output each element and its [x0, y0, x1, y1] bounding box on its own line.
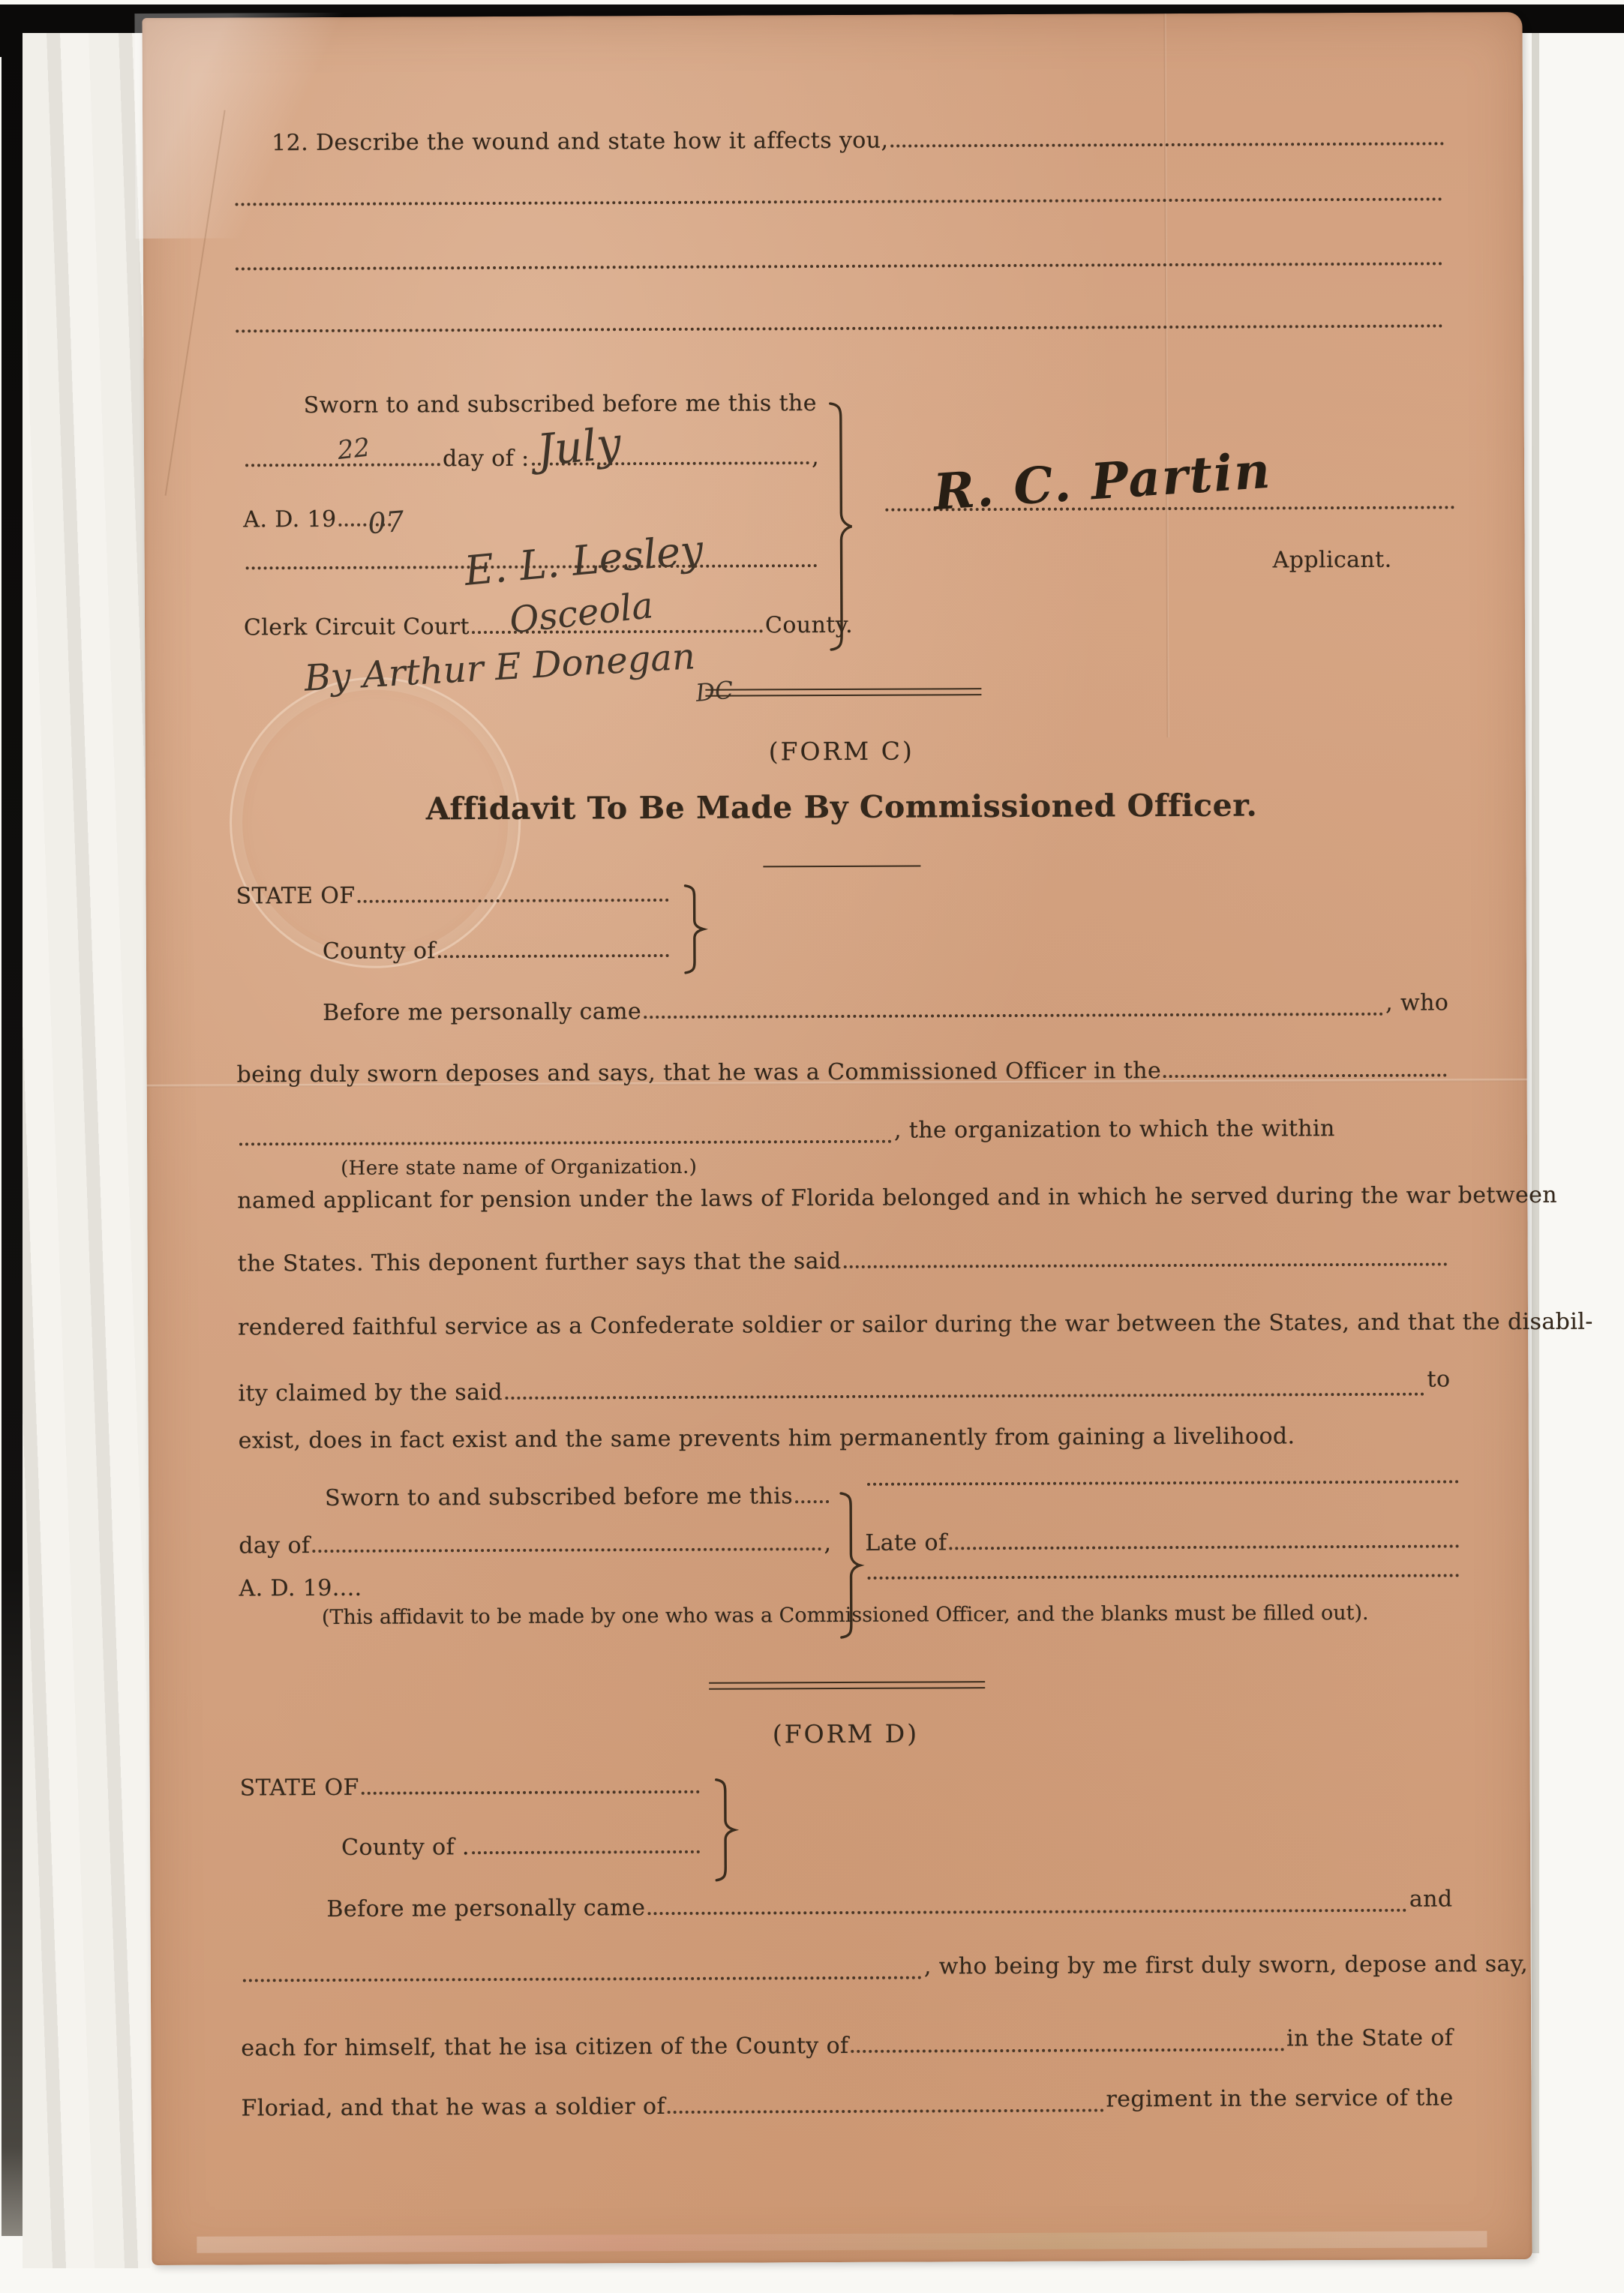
county-blank: [472, 1850, 700, 1854]
jurat-day-row: day of : ,: [243, 444, 819, 473]
ad-19-label: A. D. 19: [243, 506, 336, 533]
and-word: and: [1409, 1886, 1453, 1912]
name-blank: [644, 1013, 1383, 1019]
form-c-county-row: County of: [323, 937, 671, 965]
form-c-ad2: A. D. 19....: [239, 1575, 362, 1602]
name-blank: [647, 1909, 1407, 1915]
state-blank: [362, 1790, 700, 1795]
sworn-day-blank: [795, 1500, 829, 1503]
answer-row: [233, 262, 1445, 276]
handwritten-month: July: [535, 418, 623, 476]
county-of-label: County of .: [341, 1834, 470, 1861]
late-of-blank: [950, 1544, 1460, 1550]
name-blank: [867, 1480, 1459, 1485]
county-blank: [851, 2048, 1285, 2053]
section-divider-rule: [705, 688, 981, 697]
said-line: the States. This deponent further says t…: [238, 1248, 842, 1277]
regiment-blank: [668, 2108, 1104, 2114]
organization-blank: [1163, 1073, 1447, 1078]
before-came-label: Before me personally came: [323, 998, 641, 1026]
ity-line: ity claimed by the said: [238, 1379, 503, 1407]
jurat-year-row: A. D. 19: [243, 506, 438, 533]
form-c-before-row: Before me personally came , who: [323, 995, 1448, 1026]
handwritten-day: 22: [336, 433, 371, 466]
form-c-said-row: the States. This deponent further says t…: [238, 1245, 1450, 1277]
form-d-who-row: , who being by me first duly sworn, depo…: [241, 1956, 1453, 1988]
soldier-line: Floriad, and that he was a soldier of: [242, 2093, 666, 2121]
plastic-sleeve-right-edge: [1532, 33, 1539, 2253]
form-d-before-row: Before me personally came and: [326, 1891, 1452, 1922]
late-of-label: Late of: [865, 1529, 947, 1556]
form-d-citizen-row: each for himself, that he isa citizen of…: [241, 2030, 1453, 2061]
comma2: ,: [824, 1530, 831, 1556]
jurat-sworn-line: Sworn to and subscribed before me this t…: [304, 390, 817, 419]
organization-blank: [239, 1140, 892, 1146]
clerk-label: Clerk Circuit Court: [244, 614, 470, 641]
form-c-sworn-row: Sworn to and subscribed before me this: [325, 1483, 831, 1511]
form-c-tag: (FORM C): [236, 734, 1448, 768]
officer-line: being duly sworn deposes and says, that …: [237, 1058, 1162, 1088]
state-of-label: STATE OF: [236, 883, 356, 910]
before-came-label: Before me personally came: [326, 1895, 645, 1922]
notary-signature-blank: [246, 564, 818, 569]
disability-blank: [505, 1393, 1424, 1400]
plastic-sleeve-left: [23, 33, 150, 2268]
county-of-label: County of: [323, 938, 436, 965]
name-blank: [243, 1976, 922, 1982]
comma: ,: [812, 444, 819, 470]
question-12-row: 12. Describe the wound and state how it …: [272, 125, 1446, 156]
soldier-name-blank: [844, 1262, 1448, 1268]
sworn2-label: Sworn to and subscribed before me this: [325, 1483, 793, 1511]
organization-note: (Here state name of Organization.): [341, 1156, 697, 1180]
county-blank: [438, 954, 669, 958]
form-d-tag: (FORM D): [239, 1716, 1451, 1751]
form-d-state-row: STATE OF: [240, 1773, 702, 1802]
form-c-state-brace: [680, 883, 711, 976]
answer-blank-line: [236, 324, 1443, 332]
command-blank: [868, 1574, 1460, 1579]
command-blank-row: [866, 1574, 1462, 1585]
handwritten-deputy-clerk: By Arthur E Donegan: [303, 635, 696, 699]
who-line: , who being by me first duly sworn, depo…: [924, 1951, 1528, 1980]
scan-border-left: [2, 5, 23, 2236]
form-c-rendered-line: rendered faithful service as a Confedera…: [238, 1309, 1593, 1341]
sleeve-sheen-bottom: [197, 2231, 1487, 2253]
state-tail: in the State of: [1286, 2024, 1453, 2051]
answer-row: [233, 324, 1445, 338]
section-divider-rule: [709, 1681, 985, 1690]
form-c-title: Affidavit To Be Made By Commissioned Off…: [236, 786, 1448, 827]
who-tail: , who: [1385, 989, 1448, 1016]
form-c-organization-row: , the organization to which the within: [237, 1120, 1449, 1151]
organization-tail: , the organization to which the within: [894, 1115, 1335, 1144]
handwritten-notary-signature: E. L. Lesley: [462, 526, 705, 595]
scanned-pension-form-page: 12. Describe the wound and state how it …: [0, 0, 1624, 2293]
form-d-soldier-row: Floriad, and that he was a soldier of re…: [242, 2090, 1454, 2121]
answer-blank-line: [890, 142, 1444, 147]
month-blank: [313, 1547, 822, 1553]
applicant-label: Applicant.: [1273, 547, 1392, 574]
day-of-label: day of :: [443, 446, 530, 473]
question-12-label: 12. Describe the wound and state how it …: [272, 128, 888, 157]
late-of-row: Late of: [865, 1527, 1461, 1556]
notary-signature-row: [244, 564, 820, 575]
form-d-county-row: County of .: [341, 1833, 702, 1861]
vertical-crease: [1163, 14, 1169, 737]
county-suffix-label: County.: [765, 612, 853, 639]
form-d-state-brace: [711, 1777, 742, 1883]
pension-form-paper: 12. Describe the wound and state how it …: [142, 12, 1532, 2265]
form-c-dayof-row: day of ,: [239, 1530, 831, 1559]
to-word: to: [1427, 1366, 1450, 1392]
late-of-name-row: [865, 1480, 1461, 1491]
form-c-ity-row: ity claimed by the said to: [238, 1375, 1450, 1406]
form-c-named-line: named applicant for pension under the la…: [237, 1182, 1557, 1214]
form-c-exist-line: exist, does in fact exist and the same p…: [239, 1423, 1295, 1454]
form-c-state-row: STATE OF: [236, 881, 671, 910]
regiment-tail: regiment in the service of the: [1106, 2084, 1453, 2112]
handwritten-year: 07: [367, 505, 405, 540]
state-blank: [358, 899, 669, 903]
state-of-label: STATE OF: [240, 1775, 359, 1802]
citizen-line: each for himself, that he isa citizen of…: [241, 2033, 848, 2062]
form-c-officer-row: being duly sworn deposes and says, that …: [237, 1056, 1449, 1088]
title-underline: [763, 866, 920, 868]
day-of2-label: day of: [239, 1532, 310, 1559]
answer-blank-line: [236, 262, 1443, 270]
form-c-note: (This affidavit to be made by one who wa…: [239, 1601, 1451, 1629]
